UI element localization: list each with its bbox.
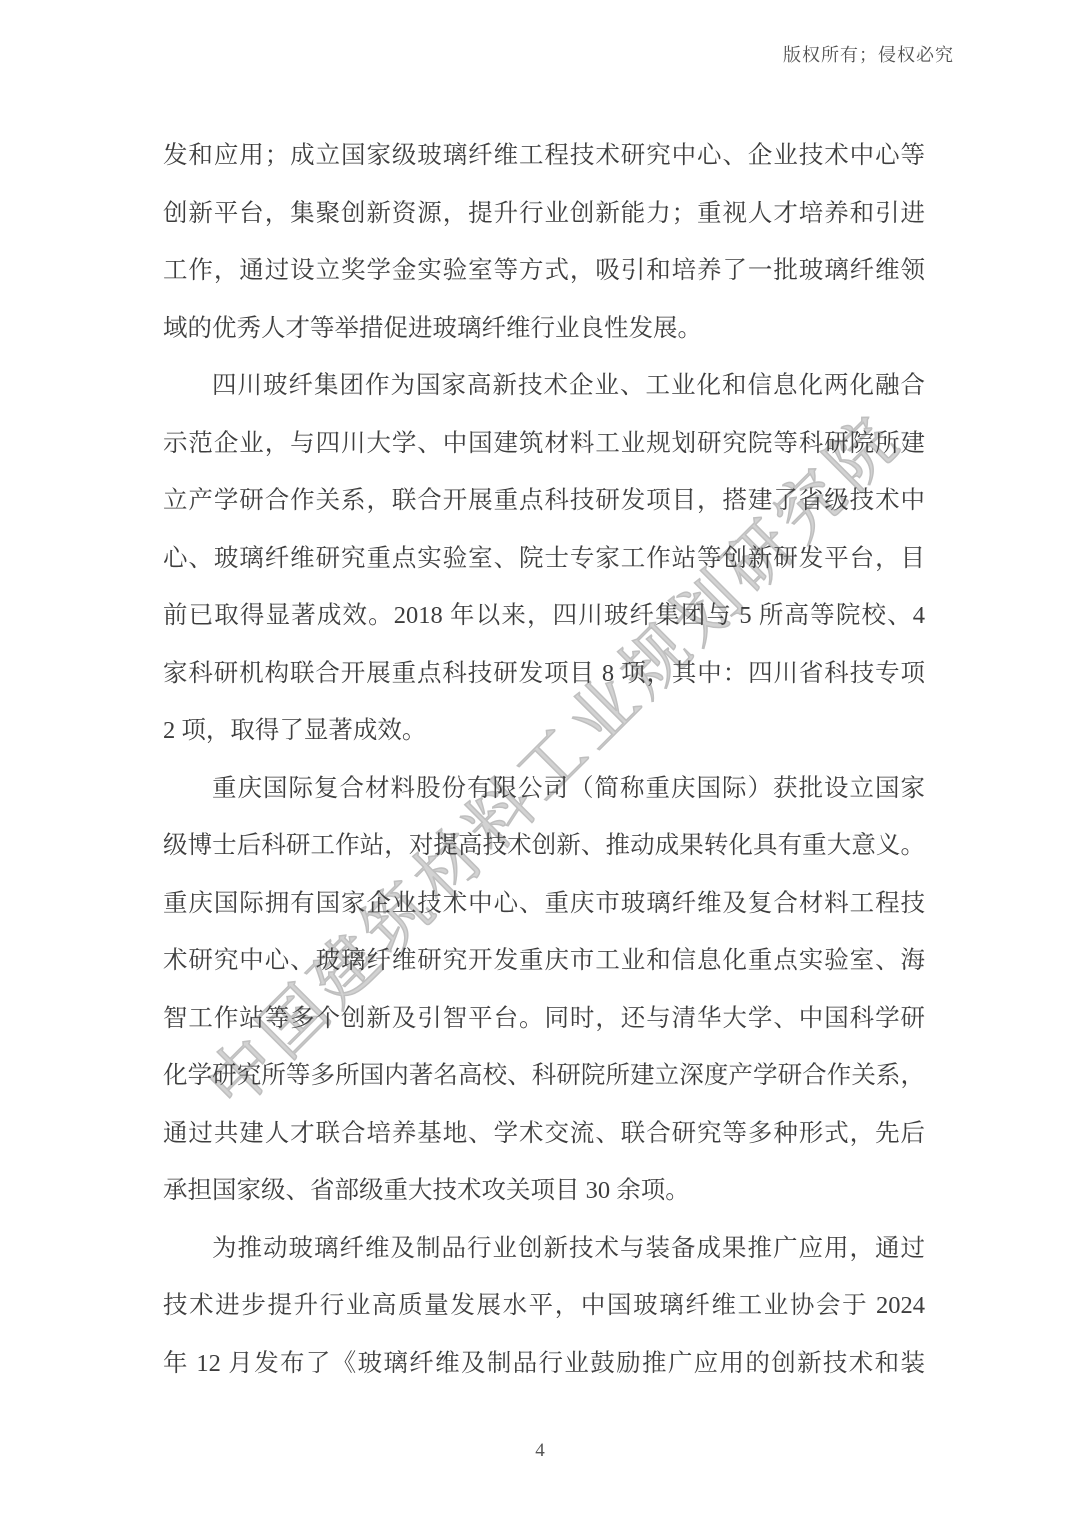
text-line: 前已取得显著成效。2018 年以来，四川玻纤集团与 5 所高等院校、4 (163, 587, 925, 645)
text-line: 示范企业，与四川大学、中国建筑材料工业规划研究院等科研院所建 (163, 415, 925, 473)
body-text: 发和应用；成立国家级玻璃纤维工程技术研究中心、企业技术中心等 创新平台，集聚创新… (163, 127, 925, 1392)
text-line: 创新平台，集聚创新资源，提升行业创新能力；重视人才培养和引进 (163, 185, 925, 243)
text-line: 级博士后科研工作站，对提高技术创新、推动成果转化具有重大意义。 (163, 817, 925, 875)
text-line: 重庆国际拥有国家企业技术中心、重庆市玻璃纤维及复合材料工程技 (163, 875, 925, 933)
text-line: 承担国家级、省部级重大技术攻关项目 30 余项。 (163, 1162, 925, 1220)
text-line: 工作，通过设立奖学金实验室等方式，吸引和培养了一批玻璃纤维领 (163, 242, 925, 300)
text-line: 化学研究所等多所国内著名高校、科研院所建立深度产学研合作关系， (163, 1047, 925, 1105)
text-line: 四川玻纤集团作为国家高新技术企业、工业化和信息化两化融合 (163, 357, 925, 415)
text-line: 家科研机构联合开展重点科技研发项目 8 项，其中：四川省科技专项 (163, 645, 925, 703)
page-number: 4 (0, 1440, 1080, 1462)
text-line: 立产学研合作关系，联合开展重点科技研发项目，搭建了省级技术中 (163, 472, 925, 530)
document-page: 版权所有；侵权必究 中国建筑材料工业规划研究院 发和应用；成立国家级玻璃纤维工程… (0, 0, 1080, 1527)
text-line: 心、玻璃纤维研究重点实验室、院士专家工作站等创新研发平台，目 (163, 530, 925, 588)
text-line: 技术进步提升行业高质量发展水平，中国玻璃纤维工业协会于 2024 (163, 1277, 925, 1335)
copyright-notice: 版权所有；侵权必究 (783, 41, 954, 67)
text-line: 发和应用；成立国家级玻璃纤维工程技术研究中心、企业技术中心等 (163, 127, 925, 185)
text-line: 年 12 月发布了《玻璃纤维及制品行业鼓励推广应用的创新技术和装 (163, 1335, 925, 1393)
text-line: 域的优秀人才等举措促进玻璃纤维行业良性发展。 (163, 300, 925, 358)
text-line: 智工作站等多个创新及引智平台。同时，还与清华大学、中国科学研 (163, 990, 925, 1048)
text-line: 为推动玻璃纤维及制品行业创新技术与装备成果推广应用，通过 (163, 1220, 925, 1278)
text-line: 术研究中心、玻璃纤维研究开发重庆市工业和信息化重点实验室、海 (163, 932, 925, 990)
text-line: 2 项，取得了显著成效。 (163, 702, 925, 760)
text-line: 重庆国际复合材料股份有限公司（简称重庆国际）获批设立国家 (163, 760, 925, 818)
text-line: 通过共建人才联合培养基地、学术交流、联合研究等多种形式，先后 (163, 1105, 925, 1163)
